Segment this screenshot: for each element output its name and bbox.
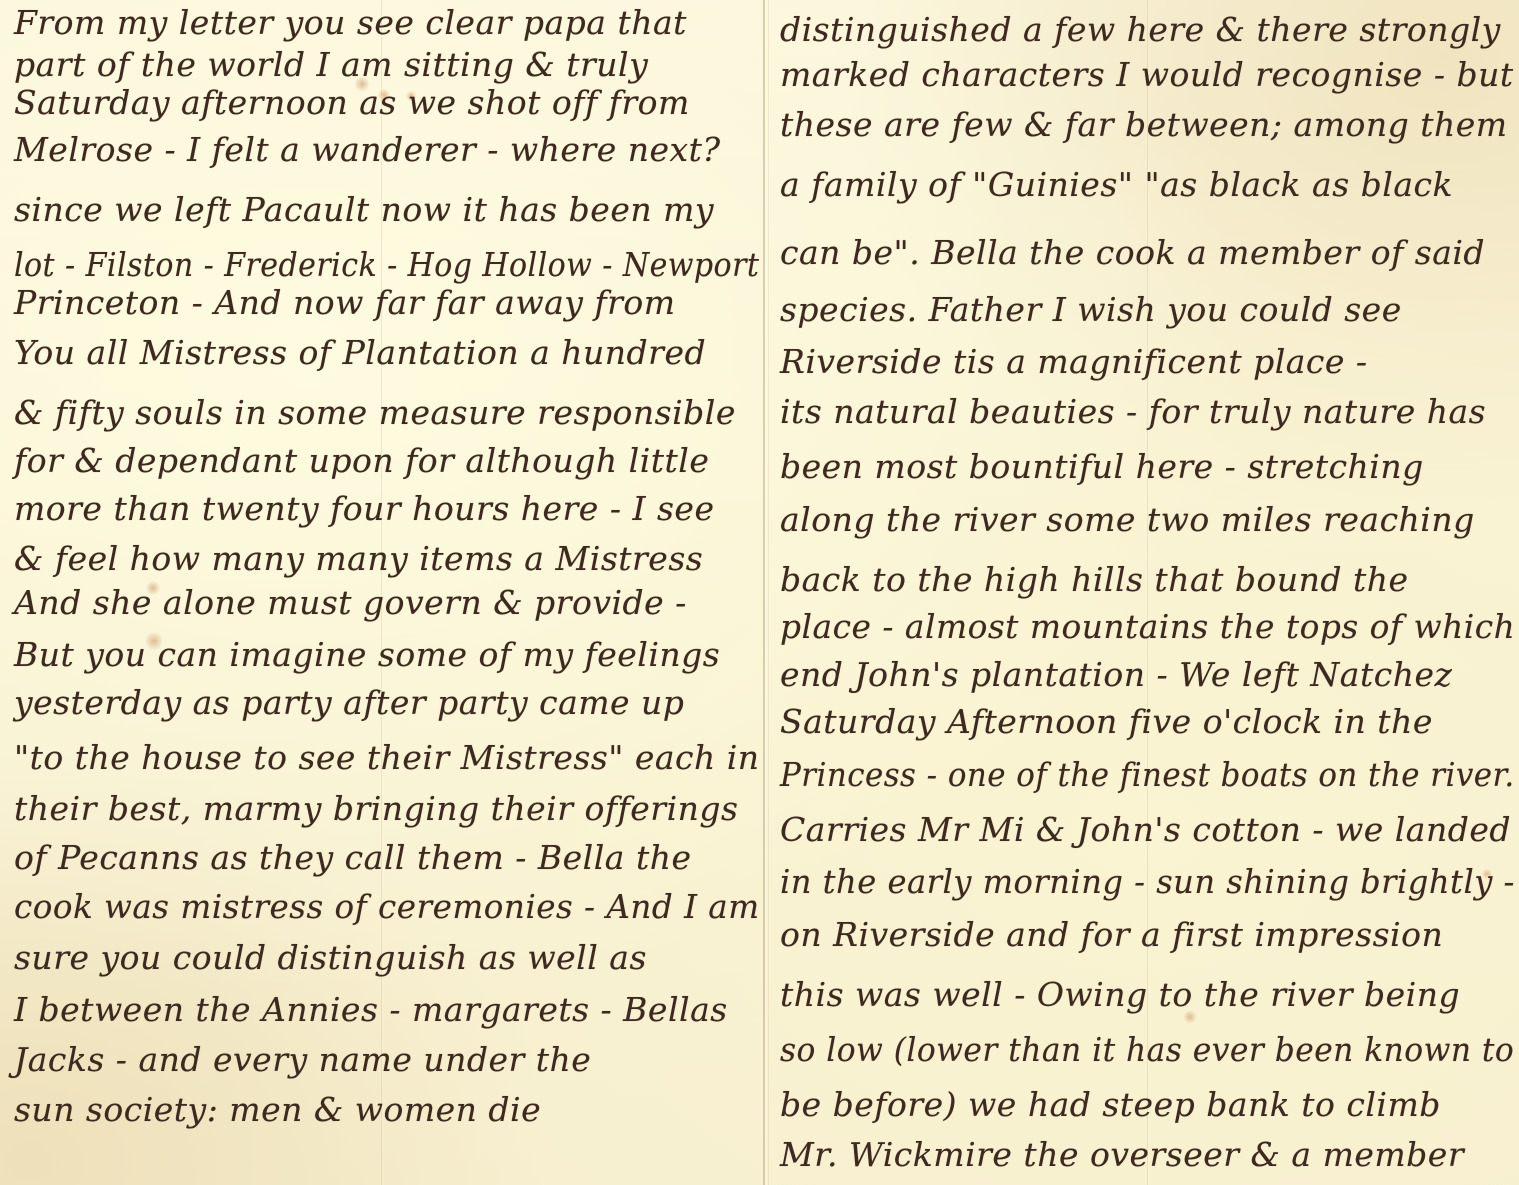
letter-line: can be". Bella the cook a member of said: [780, 233, 1485, 272]
letter-line: end John's plantation - We left Natchez: [780, 655, 1452, 694]
letter-line: been most bountiful here - stretching: [780, 447, 1424, 486]
letter-line: But you can imagine some of my feelings: [14, 635, 720, 674]
letter-right-column: distinguished a few here & there strongl…: [780, 0, 1515, 1185]
letter-line: I between the Annies - margarets - Bella…: [14, 990, 728, 1029]
letter-line: place - almost mountains the tops of whi…: [780, 607, 1515, 646]
letter-line: a family of "Guinies" "as black as black: [780, 165, 1453, 204]
letter-line: so low (lower than it has ever been know…: [780, 1030, 1514, 1069]
center-fold-line: [763, 0, 765, 1185]
letter-line: in the early morning - sun shining brigh…: [780, 862, 1515, 901]
letter-line: species. Father I wish you could see: [780, 290, 1402, 329]
letter-line: on Riverside and for a first impression: [780, 915, 1443, 954]
letter-line: since we left Pacault now it has been my: [14, 190, 714, 229]
letter-line: From my letter you see clear papa that: [14, 3, 687, 42]
letter-line: their best, marmy bringing their offerin…: [14, 789, 738, 828]
letter-line: for & dependant upon for although little: [14, 441, 709, 480]
letter-line: "to the house to see their Mistress" eac…: [14, 738, 760, 777]
letter-sheet: From my letter you see clear papa that p…: [0, 0, 1519, 1185]
letter-line: sun society: men & women die: [14, 1090, 541, 1129]
letter-line: Riverside tis a magnificent place -: [780, 342, 1368, 381]
letter-line: part of the world I am sitting & truly: [14, 45, 648, 84]
letter-left-column: From my letter you see clear papa that p…: [14, 0, 759, 1185]
letter-line: its natural beauties - for truly nature …: [780, 392, 1486, 431]
letter-line: these are few & far between; among them: [780, 105, 1508, 144]
letter-line: Saturday Afternoon five o'clock in the: [780, 702, 1433, 741]
letter-line: marked characters I would recognise - bu…: [780, 55, 1514, 94]
letter-line: more than twenty four hours here - I see: [14, 489, 714, 528]
letter-line: lot - Filston - Frederick - Hog Hollow -…: [14, 245, 759, 284]
letter-line: You all Mistress of Plantation a hundred: [14, 333, 706, 372]
letter-line: Carries Mr Mi & John's cotton - we lande…: [780, 810, 1511, 849]
letter-line: cook was mistress of ceremonies - And I …: [14, 887, 760, 926]
letter-line: And she alone must govern & provide -: [14, 583, 687, 622]
letter-line: this was well - Owing to the river being: [780, 975, 1460, 1014]
letter-line: & feel how many many items a Mistress: [14, 539, 703, 578]
letter-line: Melrose - I felt a wanderer - where next…: [14, 130, 721, 169]
letter-line: Jacks - and every name under the: [14, 1040, 591, 1079]
letter-line: yesterday as party after party came up: [14, 683, 684, 722]
letter-line: be before) we had steep bank to climb: [780, 1085, 1441, 1124]
letter-line: sure you could distinguish as well as: [14, 938, 647, 977]
letter-line: back to the high hills that bound the: [780, 560, 1409, 599]
letter-line: of Pecanns as they call them - Bella the: [14, 838, 692, 877]
letter-line: along the river some two miles reaching: [780, 500, 1475, 539]
letter-line: Saturday afternoon as we shot off from: [14, 83, 690, 122]
letter-line: Princeton - And now far far away from: [14, 283, 676, 322]
letter-line: & fifty souls in some measure responsibl…: [14, 393, 736, 432]
letter-line: Princess - one of the finest boats on th…: [780, 755, 1515, 794]
letter-line: Mr. Wickmire the overseer & a member: [780, 1135, 1464, 1174]
letter-line: distinguished a few here & there strongl…: [780, 10, 1501, 49]
fold-line: [768, 0, 769, 1185]
